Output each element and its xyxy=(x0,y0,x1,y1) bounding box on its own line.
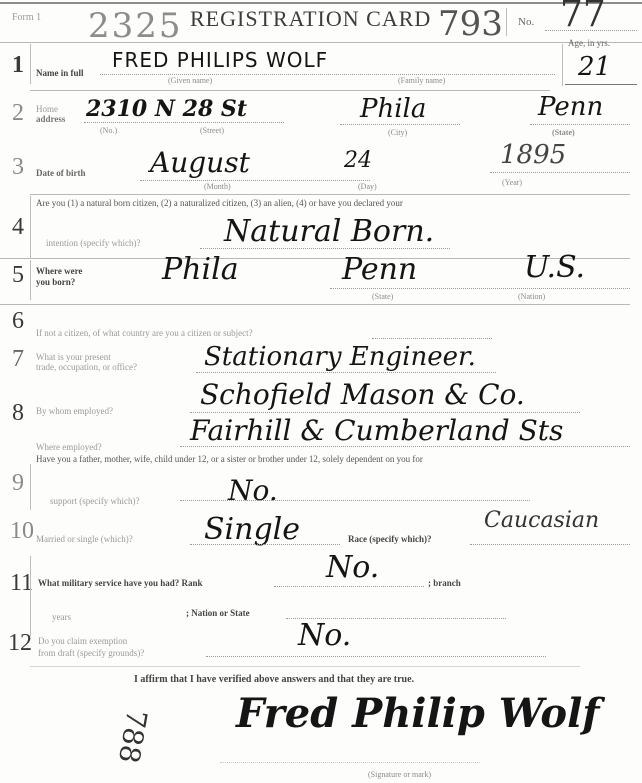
row-number-9: 9 xyxy=(12,470,24,497)
race-label: Race (specify which)? xyxy=(348,534,431,544)
citizenship-question: Are you (1) a natural born citizen, (2) … xyxy=(36,198,403,208)
birth-year-value: 1895 xyxy=(500,140,566,170)
race-value: Caucasian xyxy=(484,508,599,533)
month-caption: (Month) xyxy=(204,182,231,191)
form-label: Form 1 xyxy=(12,12,41,23)
birth-state-value: Penn xyxy=(342,252,417,287)
nation-or-state-label: ; Nation or State xyxy=(186,608,250,618)
registration-card: Form 1 2325 REGISTRATION CARD 793 No. 77… xyxy=(0,0,642,783)
row-number-12: 12 xyxy=(8,630,32,657)
birth-day-value: 24 xyxy=(344,148,372,173)
birth-nation-caption: (Nation) xyxy=(518,292,545,301)
row-number-6: 6 xyxy=(12,308,24,335)
year-caption: (Year) xyxy=(502,178,522,187)
city-caption: (City) xyxy=(388,128,407,137)
dependents-question-line2: support (specify which)? xyxy=(50,496,139,506)
employer-value: Schofield Mason & Co. xyxy=(200,378,525,411)
birth-state-caption: (State) xyxy=(372,292,393,301)
occupation-label-1: What is your present xyxy=(36,352,111,362)
dependents-question: Have you a father, mother, wife, child u… xyxy=(36,454,423,464)
no-label: No. xyxy=(518,16,534,28)
work-location-value: Fairhill & Cumberland Sts xyxy=(190,414,563,447)
age-label: Age, in yrs. xyxy=(568,38,610,48)
exemption-label-2: from draft (specify grounds)? xyxy=(38,648,144,658)
rotated-stamp: 788 xyxy=(112,707,154,765)
marital-status-value: Single xyxy=(204,512,300,547)
row-number-5: 5 xyxy=(12,262,24,289)
birth-nation-value: U.S. xyxy=(524,250,585,285)
exemption-label-1: Do you claim exemption xyxy=(38,636,127,646)
birthplace-label-1: Where were xyxy=(36,266,82,276)
row-number-4: 4 xyxy=(12,214,24,241)
marital-status-label: Married or single (which)? xyxy=(36,534,133,544)
work-location-label: Where employed? xyxy=(36,442,102,452)
no-caption: (No.) xyxy=(100,126,117,135)
state-caption: (State) xyxy=(552,128,575,137)
header-divider xyxy=(506,8,507,36)
row-number-10: 10 xyxy=(10,518,34,545)
birth-town-value: Phila xyxy=(162,252,239,287)
citizenship-question-line2: intention (specify which)? xyxy=(46,238,140,248)
given-name-caption: (Given name) xyxy=(168,76,212,85)
years-label: years xyxy=(52,612,71,622)
state-value: Penn xyxy=(538,92,603,122)
signature: Fred Philip Wolf xyxy=(236,690,600,737)
age-value: 21 xyxy=(578,52,611,82)
signature-caption: (Signature or mark) xyxy=(368,770,431,779)
home-address-label-2: address xyxy=(36,114,65,124)
dependents-value: No. xyxy=(228,474,278,507)
row-number-8: 8 xyxy=(12,400,24,427)
foreign-citizenship-question: If not a citizen, of what country are yo… xyxy=(36,328,253,338)
name-label: Name in full xyxy=(36,68,84,78)
citizenship-value: Natural Born. xyxy=(224,214,434,249)
serial-stamp: 2325 xyxy=(88,6,183,46)
birth-month-value: August xyxy=(150,146,250,179)
name-value: FRED PHILIPS WOLF xyxy=(112,48,328,72)
family-name-caption: (Family name) xyxy=(398,76,445,85)
top-border xyxy=(0,2,642,4)
exemption-value: No. xyxy=(298,618,351,653)
row-number-1: 1 xyxy=(12,52,24,79)
street-value: 2310 N 28 St xyxy=(86,96,247,122)
branch-label: ; branch xyxy=(428,578,461,588)
military-service-question: What military service have you had? Rank xyxy=(38,578,203,588)
card-stamp: 793 xyxy=(438,4,503,44)
occupation-value: Stationary Engineer. xyxy=(204,342,476,372)
employer-label: By whom employed? xyxy=(36,406,113,416)
affirmation-text: I affirm that I have verified above answ… xyxy=(134,674,414,685)
header-rule xyxy=(0,42,642,43)
row-number-7: 7 xyxy=(12,346,24,373)
card-title: REGISTRATION CARD xyxy=(190,6,431,32)
birthplace-label-2: you born? xyxy=(36,277,75,287)
home-address-label-1: Home xyxy=(36,104,58,114)
row-number-3: 3 xyxy=(12,154,24,181)
dob-label: Date of birth xyxy=(36,168,86,178)
city-value: Phila xyxy=(360,94,426,124)
street-caption: (Street) xyxy=(200,126,224,135)
military-rank-value: No. xyxy=(326,550,379,585)
occupation-label-2: trade, occupation, or office? xyxy=(36,362,137,372)
row-number-2: 2 xyxy=(12,100,24,127)
day-caption: (Day) xyxy=(358,182,377,191)
